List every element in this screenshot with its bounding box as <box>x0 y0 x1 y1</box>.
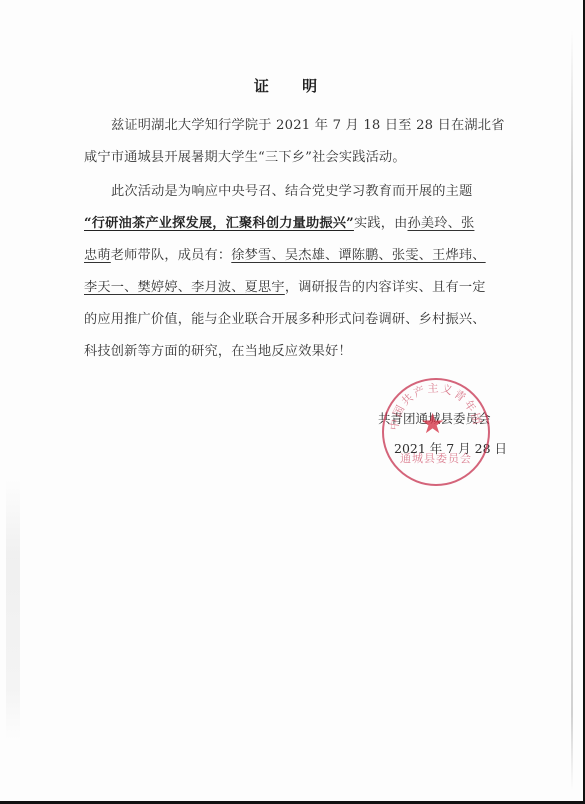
paragraph-line: 此次活动是为响应中央号召、结合党史学习教育而开展的主题 <box>84 176 484 208</box>
leader-names: 忠萌 <box>84 248 111 263</box>
member-names: 徐梦雪、吴杰雄、谭陈鹏、张雯、王烨玮、 <box>231 248 485 263</box>
activity-theme: “行研油茶产业探发展，汇聚科创力量助振兴” <box>84 216 354 231</box>
paragraph-line: 兹证明湖北大学知行学院于 2021 年 7 月 18 日至 28 日在湖北省 <box>84 110 484 142</box>
paragraph-line: 李天一、樊婷婷、李月波、夏思宇，调研报告的内容详实、且有一定 <box>84 272 484 304</box>
scan-edge-shadow <box>571 30 573 790</box>
leader-names: 孙美玲、张 <box>408 216 475 231</box>
text-run: 实践，由 <box>354 216 408 231</box>
text-run: ，调研报告的内容详实、且有一定 <box>285 280 486 295</box>
member-names: 李天一、樊婷婷、李月波、夏思宇 <box>84 280 285 295</box>
scanned-document-page: 证 明 兹证明湖北大学知行学院于 2021 年 7 月 18 日至 28 日在湖… <box>0 0 585 804</box>
paragraph-line: 的应用推广价值，能与企业联合开展多种形式问卷调研、乡村振兴、 <box>84 304 484 336</box>
scan-edge-shadow-left <box>6 480 20 740</box>
paragraph-line: 咸宁市通城县开展暑期大学生“三下乡”社会实践活动。 <box>84 142 484 174</box>
text-run: 此次活动是为响应中央号召、结合党史学习教育而开展的主题 <box>111 184 472 199</box>
signing-organization: 共青团通城县委员会 <box>378 411 491 426</box>
signature-date: 2021 年 7 月 28 日 <box>378 434 507 464</box>
paragraph-line: “行研油茶产业探发展，汇聚科创力量助振兴”实践，由孙美玲、张 <box>84 208 484 240</box>
text-run: 兹证明湖北大学知行学院于 2021 年 7 月 18 日至 28 日在湖北省 <box>111 118 505 133</box>
signature-block: 共青团通城县委员会 2021 年 7 月 28 日 <box>378 404 507 464</box>
document-title: 证 明 <box>0 75 585 96</box>
paragraph-certification: 兹证明湖北大学知行学院于 2021 年 7 月 18 日至 28 日在湖北省 咸… <box>84 110 484 174</box>
paragraph-line: 科技创新等方面的研究，在当地反应效果好！ <box>84 336 484 368</box>
text-run: 老师带队，成员有： <box>111 248 232 263</box>
paragraph-activity-details: 此次活动是为响应中央号召、结合党史学习教育而开展的主题 “行研油茶产业探发展，汇… <box>84 176 484 368</box>
paragraph-line: 忠萌老师带队，成员有：徐梦雪、吴杰雄、谭陈鹏、张雯、王烨玮、 <box>84 240 484 272</box>
